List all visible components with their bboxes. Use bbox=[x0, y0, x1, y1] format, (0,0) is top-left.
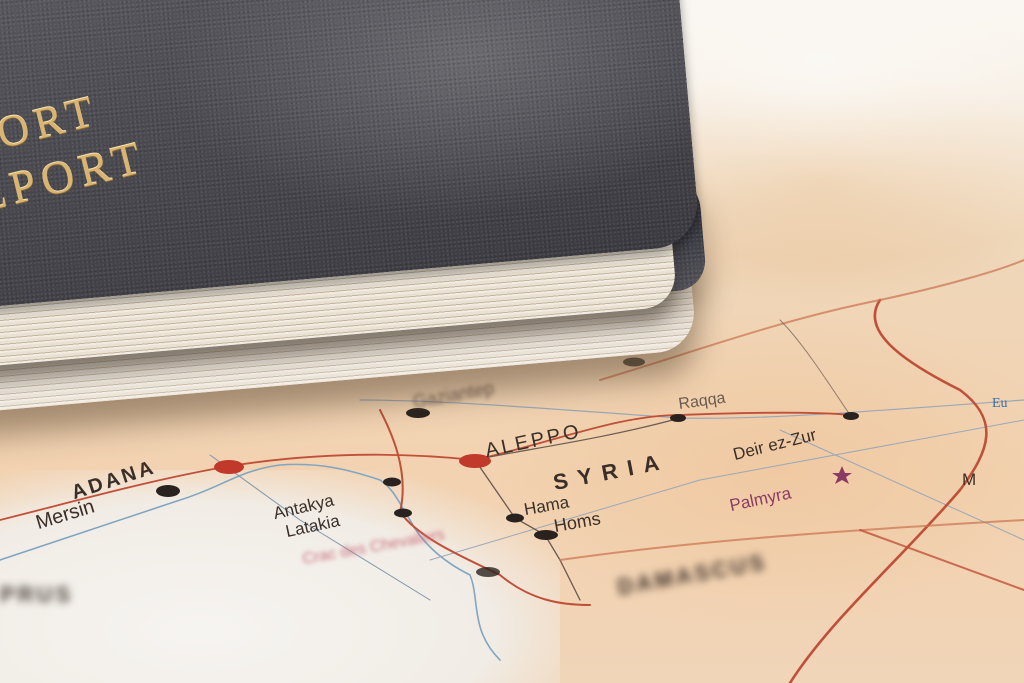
label-cyprus-partial: PRUS bbox=[0, 582, 73, 608]
label-partial-m: M bbox=[962, 470, 976, 490]
palmyra-star-icon bbox=[832, 466, 852, 484]
label-partial-euphrates: Eu bbox=[992, 396, 1008, 412]
photo-scene: ADANA Mersin Antakya Latakia Gaziantep A… bbox=[0, 0, 1024, 683]
adana-marker bbox=[214, 460, 244, 474]
